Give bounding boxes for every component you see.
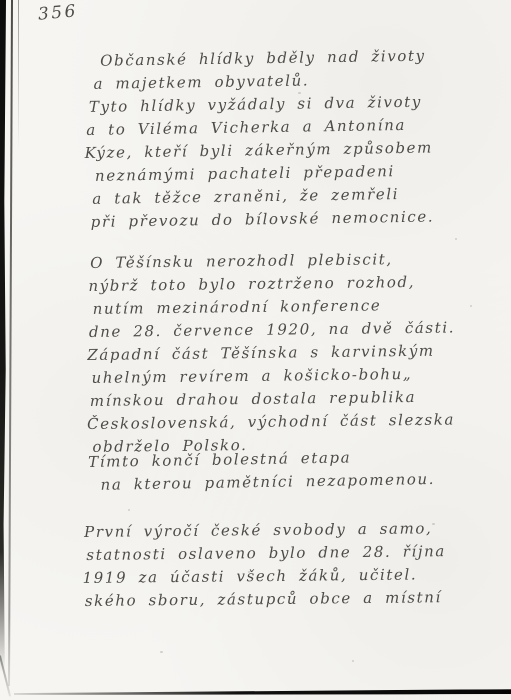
paragraph-civil-guards: Občanské hlídky bděly nad životy a majet… <box>83 45 434 234</box>
handwritten-line: nýbrž toto bylo roztrženo rozhod, <box>88 270 454 297</box>
paragraph-painful-chapter: Tímto končí bolestná etapa na kterou pam… <box>88 445 435 497</box>
binding-crease-line-short <box>18 0 19 150</box>
paper-speck <box>160 651 163 653</box>
paper-speck <box>455 238 457 240</box>
book-binding-edge <box>0 0 6 672</box>
page-number: 356 <box>37 1 79 24</box>
paragraph-first-anniversary: První výročí české svobody a samo, statn… <box>82 517 447 613</box>
handwritten-line: Československá, východní část slezska <box>87 408 456 436</box>
scan-bottom-border <box>14 689 511 696</box>
paper-speck <box>352 660 354 662</box>
binding-crease-line <box>8 0 13 686</box>
paper-speck <box>128 509 130 511</box>
handwritten-line: ského sboru, zástupců obce a místní <box>85 586 447 613</box>
handwritten-line: na kterou pamětníci nezapomenou. <box>100 468 435 497</box>
scanned-page: 356 Občanské hlídky bděly nad životy a m… <box>0 0 511 700</box>
handwritten-line: při převozu do bílovské nemocnice. <box>91 206 435 234</box>
paragraph-tesin-plebiscite: O Těšínsku nerozhodl plebiscit, nýbrž to… <box>85 247 457 458</box>
paper-speck <box>470 305 472 307</box>
